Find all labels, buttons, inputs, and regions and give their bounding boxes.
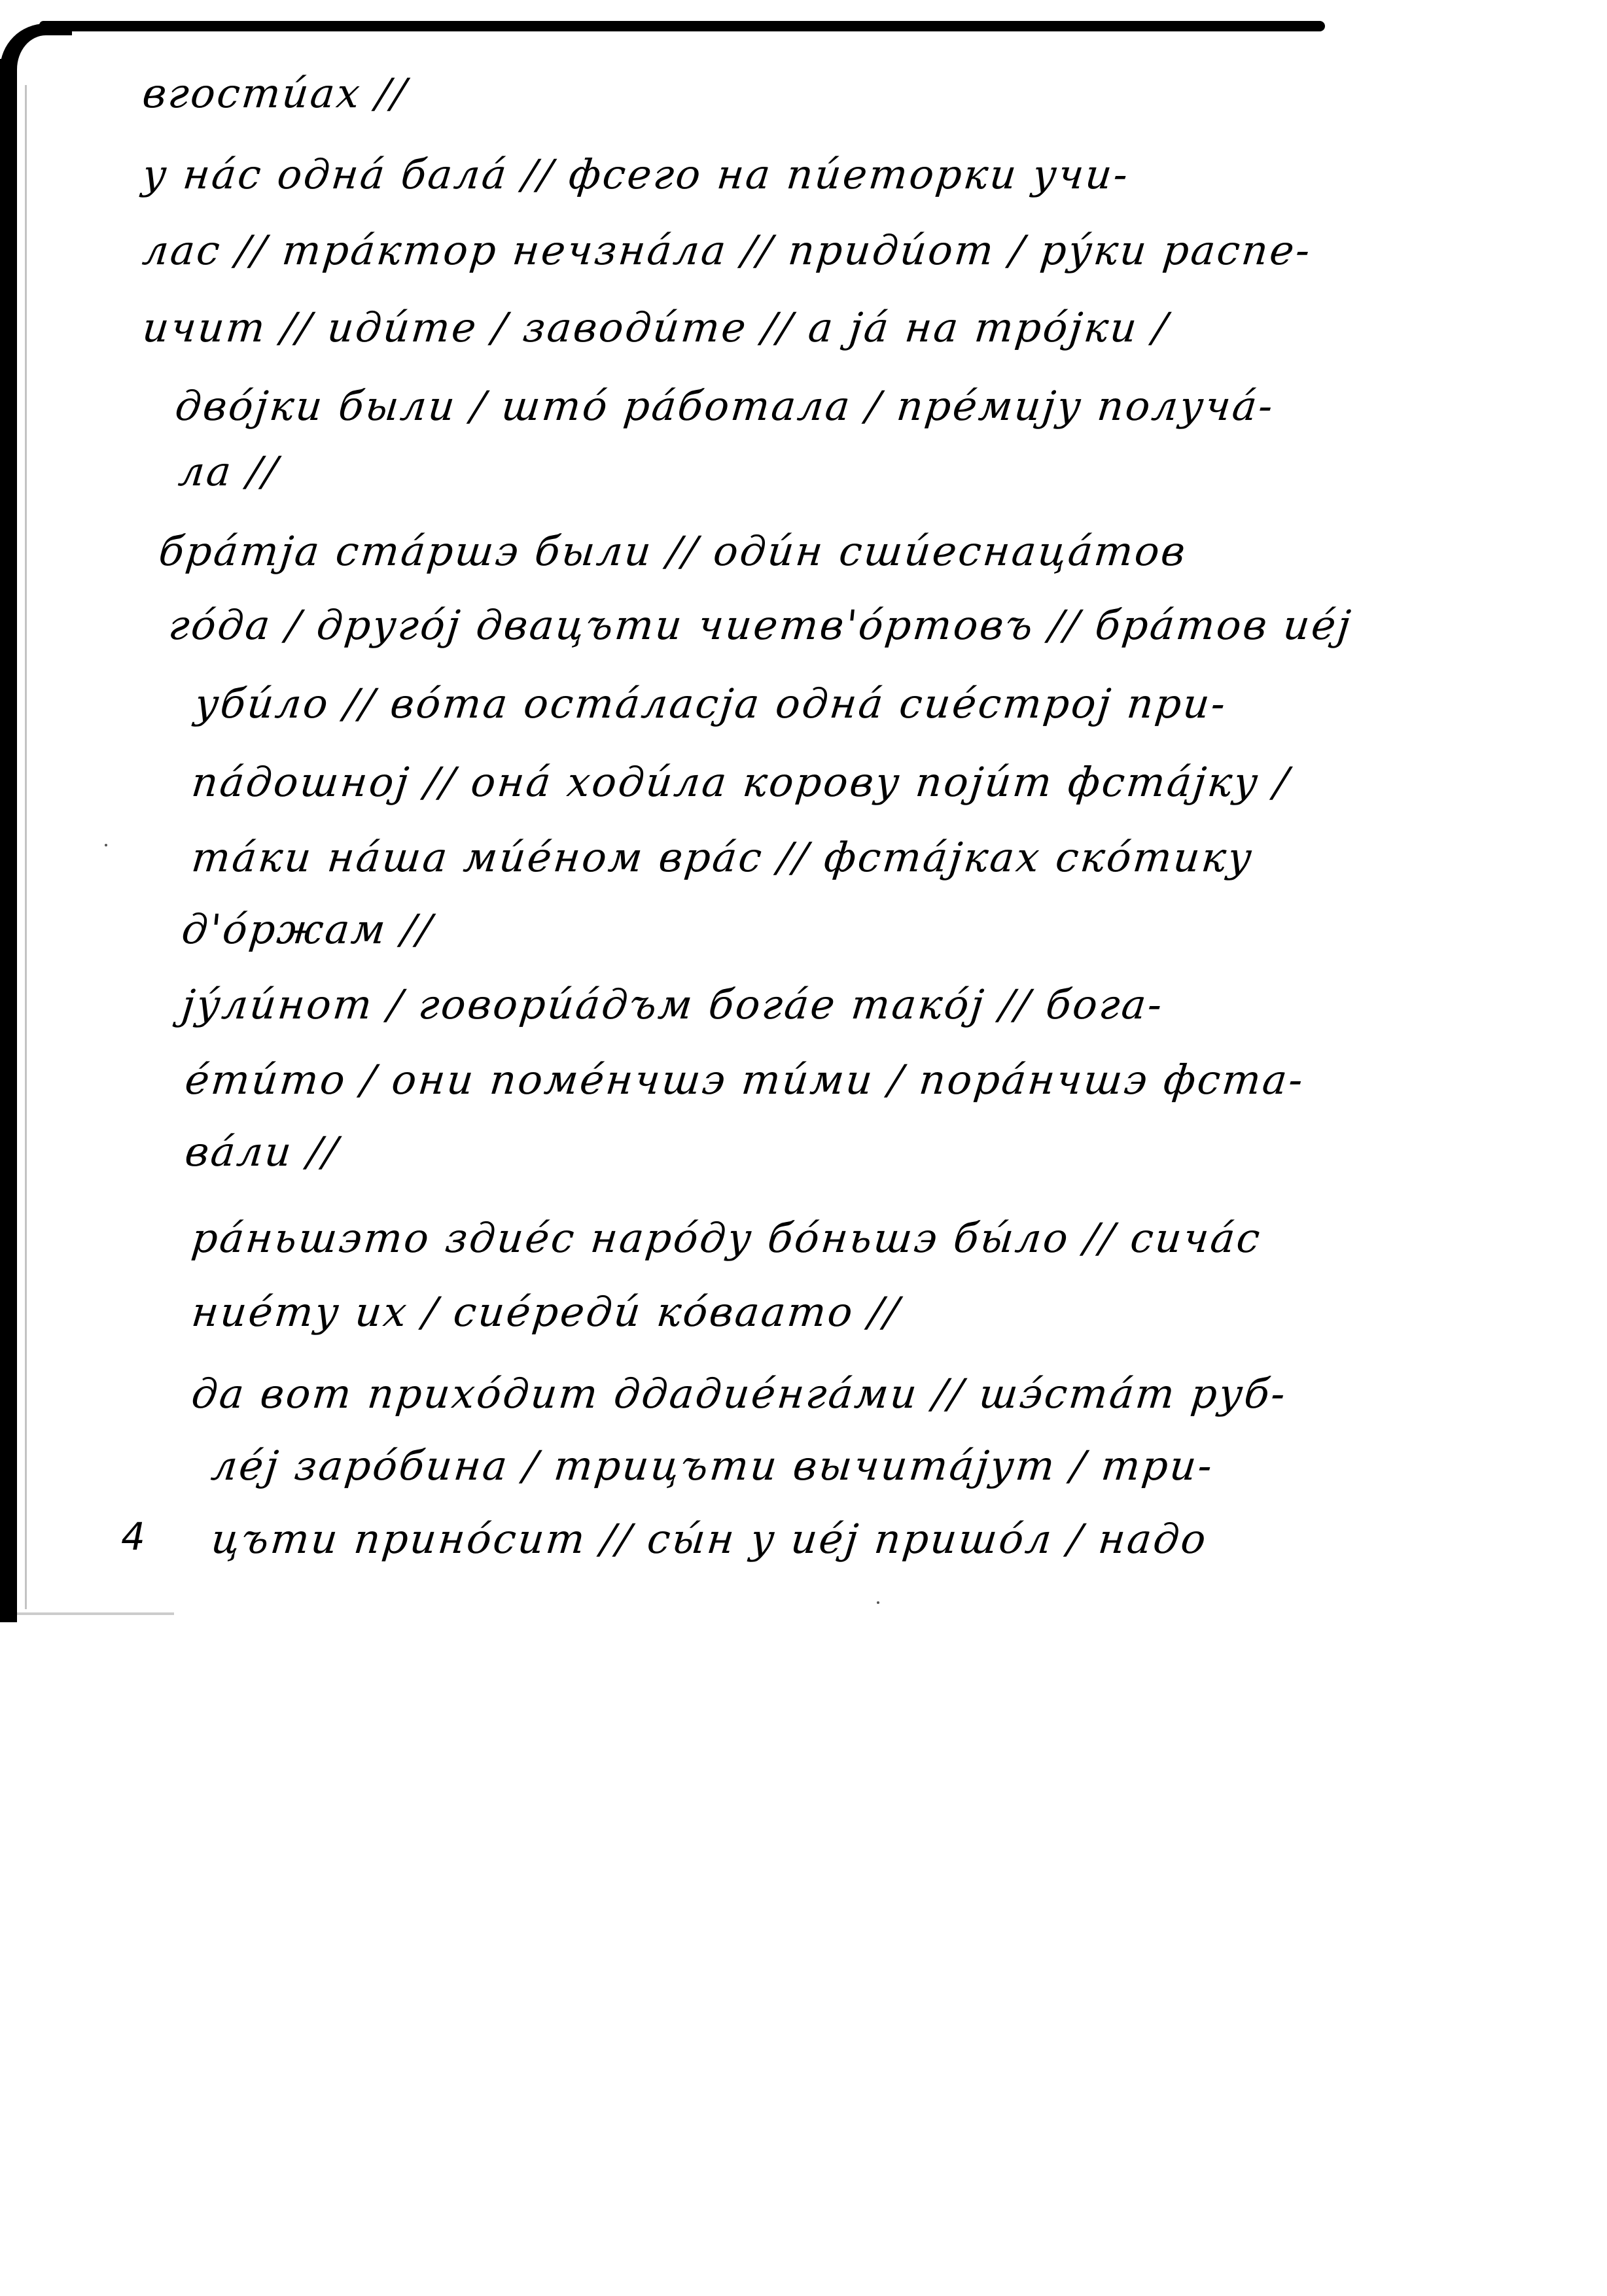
page-top-border: [39, 21, 1325, 31]
binding-line: [25, 85, 27, 1609]
scan-edge: [17, 1612, 174, 1615]
margin-page-number: 4: [121, 1514, 145, 1559]
text-line-11: та́ки на́ша ми́е́ном вра́с // фста́јках …: [190, 837, 1256, 878]
text-line-16: ра́ньшэто здие́с наро́ду бо́ньшэ бы́ло /…: [190, 1218, 1263, 1259]
text-line-19: ле́ј заро́бина / трицъти вычита́јут / тр…: [209, 1446, 1216, 1486]
text-line-18: да вот прихо́дит ддадие́нга́ми // шэ́ста…: [190, 1374, 1289, 1414]
text-line-1: вгости́ах //: [141, 73, 410, 114]
scanned-page: вгости́ах // у на́с одна́ бала́ // фсего…: [0, 0, 1607, 2296]
text-line-20: цъти прино́сит // сы́н у ие́ј пришо́л / …: [209, 1519, 1210, 1559]
text-line-5: дво́јки были / што́ ра́ботала / пре́мију…: [173, 386, 1277, 426]
text-line-7: бра́тја ста́ршэ были // оди́н сши́еснаца…: [157, 531, 1189, 572]
text-line-6: ла //: [177, 451, 281, 492]
text-line-10: па́дошној // она́ ходи́ла корову поји́т …: [190, 762, 1292, 803]
page-left-border: [0, 59, 17, 1622]
text-line-12: д'о́ржам //: [180, 909, 435, 950]
text-line-3: лас // тра́ктор нечзна́ла // приди́от / …: [141, 230, 1314, 271]
text-line-8: го́да / друго́ј двацъти чиетв'о́ртовъ //…: [167, 605, 1354, 646]
text-line-15: ва́ли //: [183, 1132, 341, 1172]
text-line-4: ичит // иди́те / заводи́те // а ја́ на т…: [141, 307, 1171, 348]
text-line-13: ју́ли́нот / говори́а́дъм бога́е тако́ј /…: [180, 984, 1166, 1025]
text-line-14: е́ти́то / они поме́нчшэ ти́ми / пора́нчш…: [183, 1060, 1307, 1100]
text-line-17: ние́ту их / сие́реди́ ко́ваато //: [190, 1292, 902, 1332]
scan-speck: [105, 844, 107, 846]
text-line-2: у на́с одна́ бала́ // фсего на пи́еторки…: [141, 154, 1131, 195]
text-line-9: уби́ло // во́та оста́ласја одна́ сие́стр…: [193, 684, 1229, 724]
scan-speck: [877, 1601, 879, 1604]
